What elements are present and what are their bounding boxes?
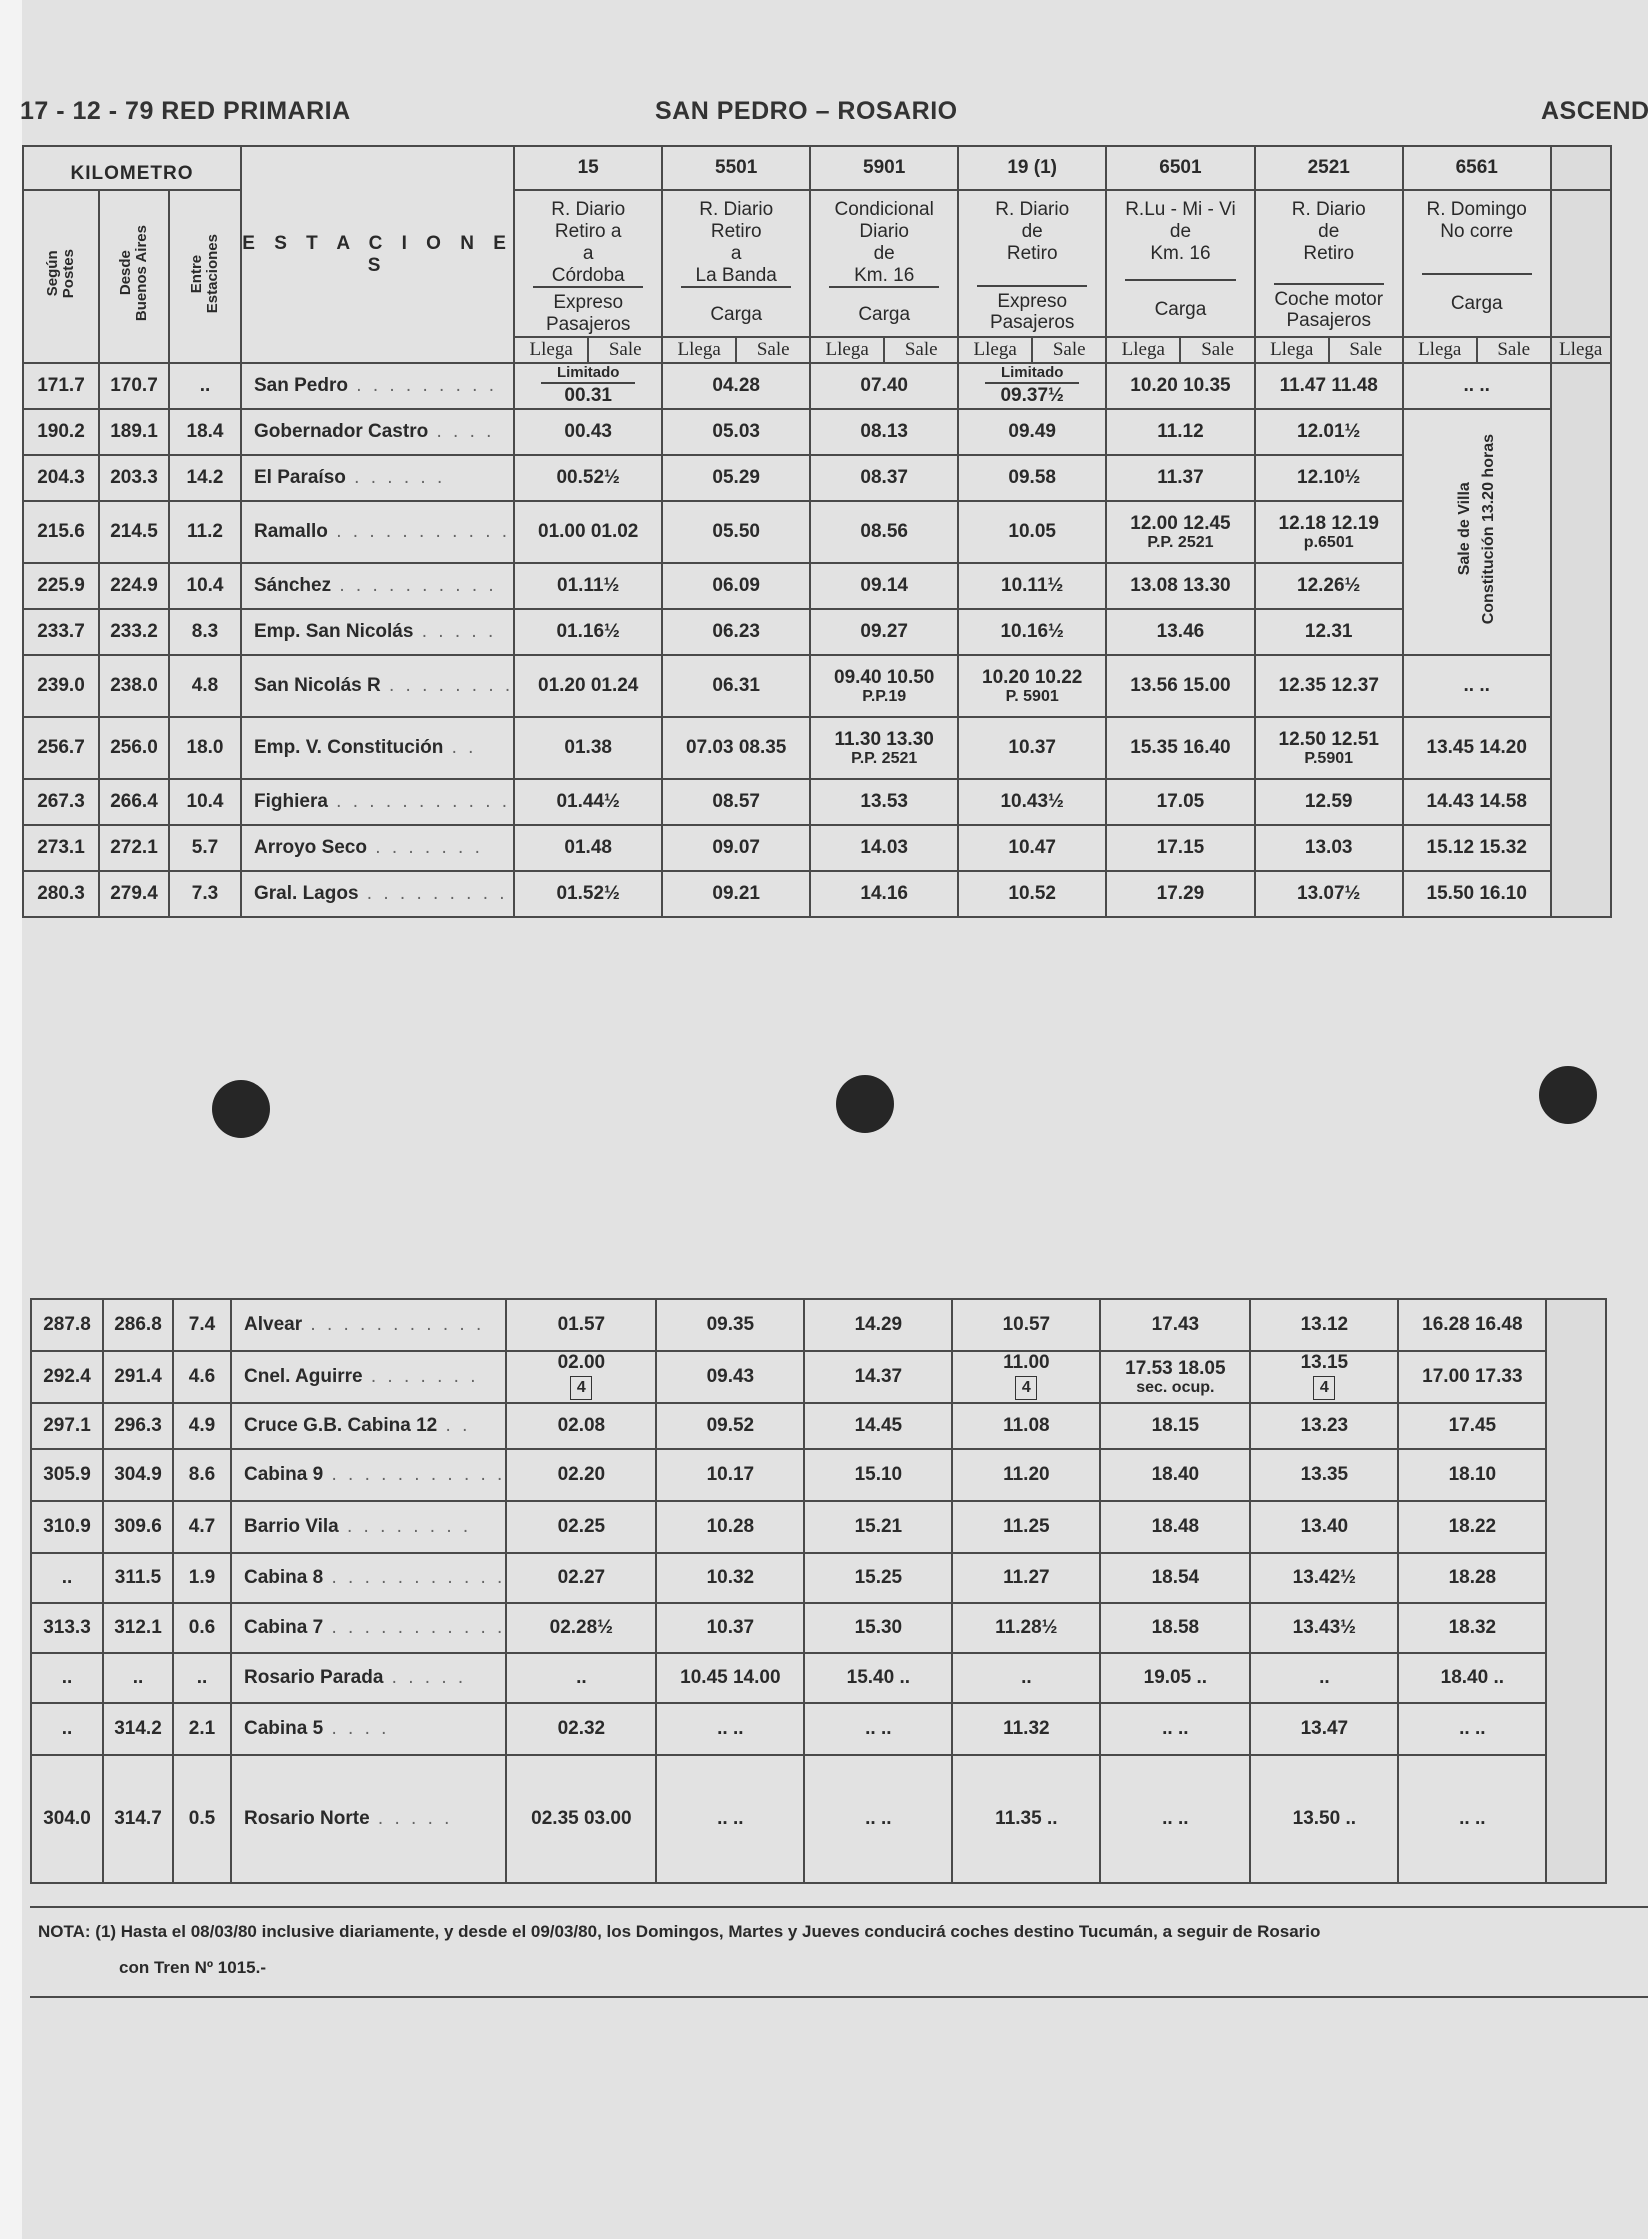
station-name: Cnel. Aguirre . . . . . . . [231, 1351, 506, 1403]
train-19-description: R. Diario de RetiroExpreso Pasajeros [958, 190, 1106, 337]
train-19-number: 19 (1) [958, 146, 1106, 190]
station-name: Cabina 9 . . . . . . . . . . . [231, 1449, 506, 1501]
sale-label: Sale [588, 337, 662, 363]
table-row: 233.7 233.2 8.3 Emp. San Nicolás . . . .… [23, 609, 1611, 655]
train-6561-number: 6561 [1403, 146, 1551, 190]
station-name: San Pedro . . . . . . . . . [241, 363, 514, 409]
train-15-number: 15 [514, 146, 662, 190]
train-5501-number: 5501 [662, 146, 810, 190]
binder-hole-center [836, 1075, 894, 1133]
table-row: 171.7 170.7 .. San Pedro . . . . . . . .… [23, 363, 1611, 409]
train-5501-description: R. Diario Retiro a La BandaCarga [662, 190, 810, 337]
binder-hole-left [212, 1080, 270, 1138]
station-name: Ramallo . . . . . . . . . . . [241, 501, 514, 563]
footnote-line-2: con Tren Nº 1015.- [119, 1958, 266, 1978]
table-row: 273.1 272.1 5.7 Arroyo Seco . . . . . . … [23, 825, 1611, 871]
entre-estaciones-header: Entre Estaciones [169, 190, 241, 363]
table-row: .. .. .. Rosario Parada . . . . . .. 10.… [31, 1653, 1606, 1703]
station-name: Rosario Norte . . . . . [231, 1755, 506, 1883]
table-row: 267.3 266.4 10.4 Fighiera . . . . . . . … [23, 779, 1611, 825]
station-name: Arroyo Seco . . . . . . . [241, 825, 514, 871]
station-name: Gral. Lagos . . . . . . . . . [241, 871, 514, 917]
route-title: SAN PEDRO – ROSARIO [655, 97, 958, 126]
footnote-line-1: NOTA: (1) Hasta el 08/03/80 inclusive di… [38, 1922, 1320, 1942]
station-name: Alvear . . . . . . . . . . . [231, 1299, 506, 1351]
table-row: 297.1 296.3 4.9 Cruce G.B. Cabina 12 . .… [31, 1403, 1606, 1449]
note-box-4: 4 [1015, 1376, 1037, 1400]
table-row: 215.6 214.5 11.2 Ramallo . . . . . . . .… [23, 501, 1611, 563]
train-6501-number: 6501 [1106, 146, 1255, 190]
date-network-title: 17 - 12 - 79 RED PRIMARIA [20, 97, 351, 126]
table-row: 256.7 256.0 18.0 Emp. V. Constitución . … [23, 717, 1611, 779]
note-box-4: 4 [570, 1376, 592, 1400]
table-row: 225.9 224.9 10.4 Sánchez . . . . . . . .… [23, 563, 1611, 609]
station-name: Sánchez . . . . . . . . . . [241, 563, 514, 609]
train-6501-description: R.Lu - Mi - Vi de Km. 16Carga [1106, 190, 1255, 337]
timetable-lower: 287.8 286.8 7.4 Alvear . . . . . . . . .… [30, 1298, 1607, 1884]
binder-hole-right [1539, 1066, 1597, 1124]
extra-column-header [1551, 146, 1611, 190]
table-row: 204.3 203.3 14.2 El Paraíso . . . . . . … [23, 455, 1611, 501]
station-name: San Nicolás R . . . . . . . . [241, 655, 514, 717]
table-row: 280.3 279.4 7.3 Gral. Lagos . . . . . . … [23, 871, 1611, 917]
table-row: 239.0 238.0 4.8 San Nicolás R . . . . . … [23, 655, 1611, 717]
direction-title: ASCEND [1541, 97, 1648, 126]
station-name: Barrio Vila . . . . . . . . [231, 1501, 506, 1553]
desde-buenos-aires-header: Desde Buenos Aires [99, 190, 169, 363]
kilometro-header: KILOMETRO [23, 146, 241, 190]
segun-postes-header: Según Postes [23, 190, 99, 363]
table-row: 292.4 291.4 4.6 Cnel. Aguirre . . . . . … [31, 1351, 1606, 1403]
station-name: Gobernador Castro . . . . [241, 409, 514, 455]
table-row: 304.0 314.7 0.5 Rosario Norte . . . . . … [31, 1755, 1606, 1883]
station-name: El Paraíso . . . . . . [241, 455, 514, 501]
footnote: NOTA: (1) Hasta el 08/03/80 inclusive di… [30, 1906, 1648, 1998]
train-5901-description: Condicional Diario de Km. 16Carga [810, 190, 958, 337]
station-name: Rosario Parada . . . . . [231, 1653, 506, 1703]
table-row: 305.9 304.9 8.6 Cabina 9 . . . . . . . .… [31, 1449, 1606, 1501]
sale-de-villa-note: Sale de Villa Constitución 13.20 horas [1403, 409, 1551, 655]
station-name: Cabina 7 . . . . . . . . . . . [231, 1603, 506, 1653]
table-row: 310.9 309.6 4.7 Barrio Vila . . . . . . … [31, 1501, 1606, 1553]
train-5901-number: 5901 [810, 146, 958, 190]
station-name: Emp. San Nicolás . . . . . [241, 609, 514, 655]
train-15-description: R. Diario Retiro a a CórdobaExpreso Pasa… [514, 190, 662, 337]
table-row: 287.8 286.8 7.4 Alvear . . . . . . . . .… [31, 1299, 1606, 1351]
train-6561-description: R. Domingo No correCarga [1403, 190, 1551, 337]
table-row: .. 314.2 2.1 Cabina 5 . . . . 02.32 .. .… [31, 1703, 1606, 1755]
station-name: Cruce G.B. Cabina 12 . . [231, 1403, 506, 1449]
table-row: 190.2 189.1 18.4 Gobernador Castro . . .… [23, 409, 1611, 455]
train-2521-number: 2521 [1255, 146, 1403, 190]
scan-edge [0, 0, 22, 2239]
station-name: Cabina 5 . . . . [231, 1703, 506, 1755]
llega-label: Llega [514, 337, 588, 363]
timetable-upper: KILOMETRO E S T A C I O N E S 15 5501 59… [22, 145, 1612, 918]
station-name: Fighiera . . . . . . . . . . . [241, 779, 514, 825]
table-row: 313.3 312.1 0.6 Cabina 7 . . . . . . . .… [31, 1603, 1606, 1653]
train-2521-description: R. Diario de RetiroCoche motor Pasajeros [1255, 190, 1403, 337]
table-row: .. 311.5 1.9 Cabina 8 . . . . . . . . . … [31, 1553, 1606, 1603]
estaciones-header: E S T A C I O N E S [241, 146, 514, 363]
note-box-4: 4 [1313, 1376, 1335, 1400]
station-name: Cabina 8 . . . . . . . . . . . [231, 1553, 506, 1603]
station-name: Emp. V. Constitución . . [241, 717, 514, 779]
